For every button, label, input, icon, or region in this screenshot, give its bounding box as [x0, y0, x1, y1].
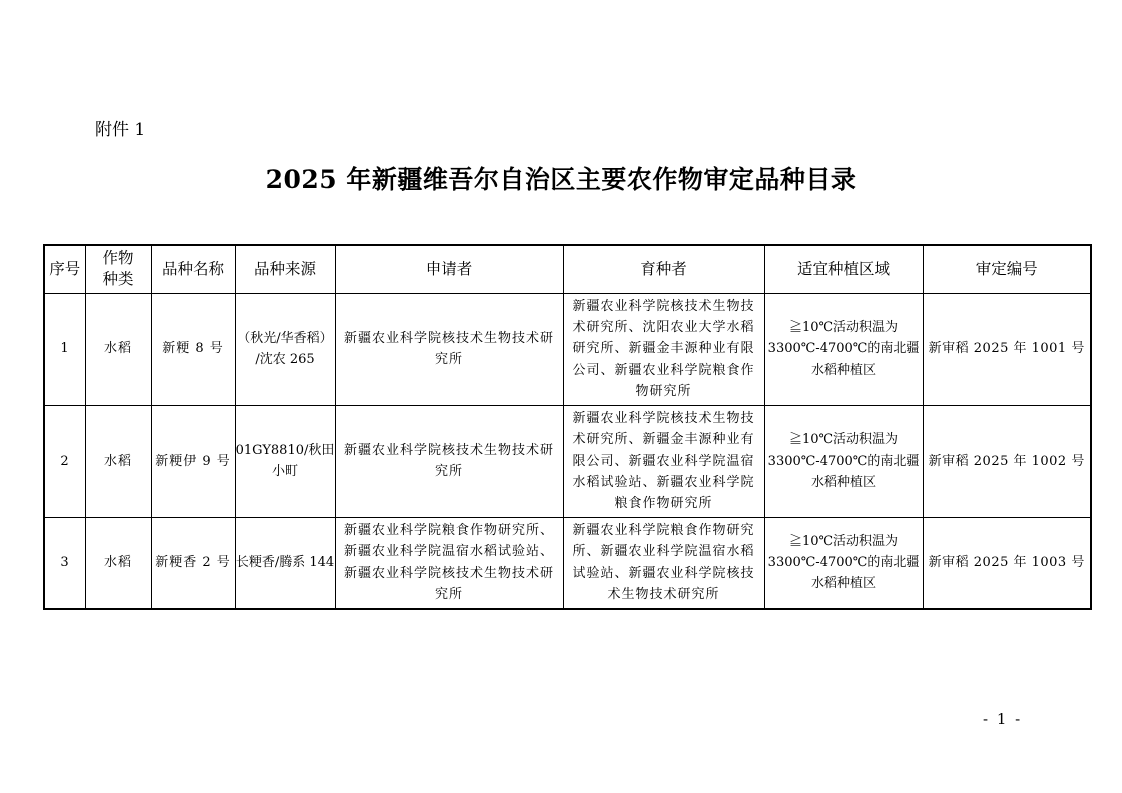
cell-source: 长粳香/腾系 144: [235, 517, 335, 608]
cell-breeder: 新疆农业科学院核技术生物技术研究所、沈阳农业大学水稻研究所、新疆金丰源种业有限公…: [563, 293, 764, 405]
cell-name: 新粳伊 9 号: [151, 405, 235, 517]
cell-crop: 水稻: [85, 405, 151, 517]
cell-source: （秋光/华香稻） /沈农 265: [235, 293, 335, 405]
cell-source: 01GY8810/秋田 小町: [235, 405, 335, 517]
column-header-breeder: 育种者: [563, 245, 764, 293]
cell-breeder: 新疆农业科学院粮食作物研究所、新疆农业科学院温宿水稻试验站、新疆农业科学院核技术…: [563, 517, 764, 608]
cell-region: ≧10℃活动积温为 3300℃-4700℃的南北疆水稻种植区: [764, 517, 923, 608]
variety-catalog-table: 序号作物 种类品种名称品种来源申请者育种者适宜种植区域审定编号 1水稻新粳 8 …: [43, 244, 1092, 610]
table-row: 1水稻新粳 8 号（秋光/华香稻） /沈农 265新疆农业科学院核技术生物技术研…: [44, 293, 1091, 405]
cell-cert_no: 新审稻 2025 年 1003 号: [923, 517, 1091, 608]
document-title: 2025 年新疆维吾尔自治区主要农作物审定品种目录: [0, 160, 1122, 196]
column-header-cert_no: 审定编号: [923, 245, 1091, 293]
page-number: - 1 -: [983, 710, 1022, 728]
column-header-applicant: 申请者: [335, 245, 563, 293]
cell-cert_no: 新审稻 2025 年 1002 号: [923, 405, 1091, 517]
cell-index: 1: [44, 293, 85, 405]
cell-crop: 水稻: [85, 293, 151, 405]
cell-index: 3: [44, 517, 85, 608]
cell-index: 2: [44, 405, 85, 517]
cell-applicant: 新疆农业科学院核技术生物技术研究所: [335, 293, 563, 405]
column-header-crop: 作物 种类: [85, 245, 151, 293]
attachment-label: 附件 1: [95, 120, 145, 140]
table-row: 2水稻新粳伊 9 号01GY8810/秋田 小町新疆农业科学院核技术生物技术研究…: [44, 405, 1091, 517]
cell-region: ≧10℃活动积温为 3300℃-4700℃的南北疆水稻种植区: [764, 405, 923, 517]
document-page: 附件 1 2025 年新疆维吾尔自治区主要农作物审定品种目录 序号作物 种类品种…: [0, 0, 1122, 793]
cell-applicant: 新疆农业科学院核技术生物技术研究所: [335, 405, 563, 517]
table-row: 3水稻新粳香 2 号长粳香/腾系 144新疆农业科学院粮食作物研究所、新疆农业科…: [44, 517, 1091, 608]
column-header-region: 适宜种植区域: [764, 245, 923, 293]
column-header-source: 品种来源: [235, 245, 335, 293]
cell-region: ≧10℃活动积温为 3300℃-4700℃的南北疆水稻种植区: [764, 293, 923, 405]
table-header-row: 序号作物 种类品种名称品种来源申请者育种者适宜种植区域审定编号: [44, 245, 1091, 293]
column-header-index: 序号: [44, 245, 85, 293]
cell-crop: 水稻: [85, 517, 151, 608]
cell-name: 新粳香 2 号: [151, 517, 235, 608]
cell-cert_no: 新审稻 2025 年 1001 号: [923, 293, 1091, 405]
column-header-name: 品种名称: [151, 245, 235, 293]
cell-name: 新粳 8 号: [151, 293, 235, 405]
cell-breeder: 新疆农业科学院核技术生物技术研究所、新疆金丰源种业有限公司、新疆农业科学院温宿水…: [563, 405, 764, 517]
cell-applicant: 新疆农业科学院粮食作物研究所、新疆农业科学院温宿水稻试验站、新疆农业科学院核技术…: [335, 517, 563, 608]
